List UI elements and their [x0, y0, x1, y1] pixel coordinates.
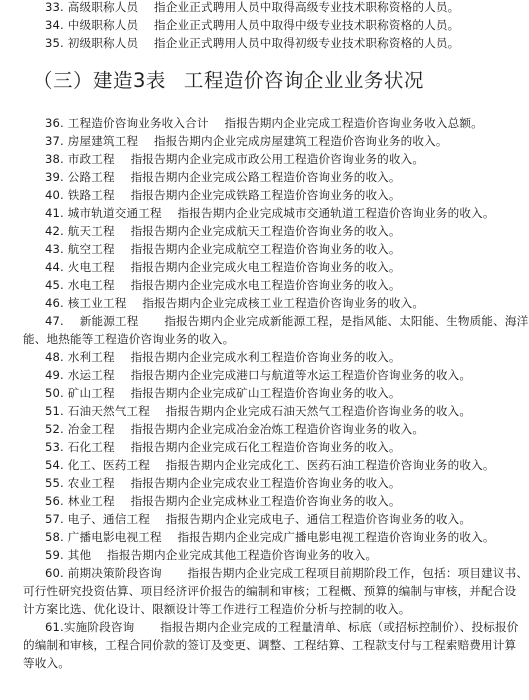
definition-item: 57. 电子、通信工程 指报告期内企业完成电子、通信工程造价咨询业务的收入。 — [45, 511, 471, 527]
item-continuation: 可行性研究投资估算、项目经济评价报告的编制和审核；工程概、预算的编制与审核，并配… — [23, 583, 516, 599]
item-description: 指报告期内企业完成林业工程造价咨询业务的收入。 — [131, 494, 401, 508]
item-term: 高级职称人员 — [68, 0, 138, 14]
item-description: 指报告期内企业完成铁路工程造价咨询业务的收入。 — [131, 188, 401, 202]
item-number: 33. — [45, 0, 64, 14]
item-number: 43. — [45, 242, 64, 256]
definition-item: 48. 水利工程 指报告期内企业完成水利工程造价咨询业务的收入。 — [45, 349, 401, 365]
item-description: 指报告期内企业完成港口与航道等水运工程造价咨询业务的收入。 — [131, 368, 472, 382]
item-number: 36. — [45, 116, 64, 130]
definition-item: 41. 城市轨道交通工程 指报告期内企业完成城市交通轨道工程造价咨询业务的收入。 — [45, 205, 495, 221]
item-term: 火电工程 — [68, 260, 115, 274]
definition-item: 39. 公路工程 指报告期内企业完成公路工程造价咨询业务的收入。 — [45, 169, 401, 185]
item-number: 39. — [45, 170, 64, 184]
item-description: 指报告期内企业完成水利工程造价咨询业务的收入。 — [131, 350, 401, 364]
item-description: 指报告期内企业完成核工业工程造价咨询业务的收入。 — [142, 296, 424, 310]
item-term: 化工、医药工程 — [68, 458, 150, 472]
item-term: 初级职称人员 — [68, 36, 138, 50]
item-number: 51. — [45, 404, 64, 418]
item-number: 45. — [45, 278, 64, 292]
item-description: 指报告期内企业完成公路工程造价咨询业务的收入。 — [131, 170, 401, 184]
item-number: 49. — [45, 368, 64, 382]
item-description: 指报告期内企业完成的工程量清单、标底（或招标控制价）、投标报价 — [160, 620, 518, 634]
item-term: 工程造价咨询业务收入合计 — [68, 116, 209, 130]
definition-item: 59. 其他 指报告期内企业完成其他工程造价咨询业务的收入。 — [45, 547, 377, 563]
definition-item: 37. 房屋建筑工程 指报告期内企业完成房屋建筑工程造价咨询业务的收入。 — [45, 133, 448, 149]
item-number: 52. — [45, 422, 64, 436]
item-description: 指报告期内企业完成广播电影电视工程造价咨询业务的收入。 — [178, 530, 495, 544]
item-description: 指报告期内企业完成化工、医药石油工程造价咨询业务的收入。 — [166, 458, 495, 472]
item-term: 航空工程 — [68, 242, 115, 256]
item-term: 航天工程 — [68, 224, 115, 238]
definition-item: 34. 中级职称人员 指企业正式聘用人员中取得中级专业技术职称资格的人员。 — [45, 17, 459, 33]
item-description: 指报告期内企业完成火电工程造价咨询业务的收入。 — [131, 260, 401, 274]
definition-item: 36. 工程造价咨询业务收入合计 指报告期内企业完成工程造价咨询业务收入总额。 — [45, 115, 483, 131]
item-number: 57. — [45, 512, 64, 526]
item-term: 公路工程 — [68, 170, 115, 184]
item-number: 58. — [45, 530, 64, 544]
item-number: 61. — [45, 620, 64, 634]
item-term: 石油天然气工程 — [68, 404, 150, 418]
item-term: 石化工程 — [68, 440, 115, 454]
item-number: 40. — [45, 188, 64, 202]
item-number: 55. — [45, 476, 64, 490]
definition-item: 55. 农业工程 指报告期内企业完成农业工程造价咨询业务的收入。 — [45, 475, 401, 491]
item-term: 实施阶段咨询 — [64, 620, 134, 634]
section-heading: （三）建造3表工程造价咨询企业业务状况 — [33, 68, 424, 94]
item-description: 指企业正式聘用人员中取得初级专业技术职称资格的人员。 — [154, 36, 459, 50]
item-number: 60. — [45, 566, 64, 580]
item-description: 指报告期内企业完成石化工程造价咨询业务的收入。 — [131, 440, 401, 454]
item-term: 水电工程 — [68, 278, 115, 292]
item-number: 42. — [45, 224, 64, 238]
definition-item: 52. 冶金工程 指报告期内企业完成冶金冶炼工程造价咨询业务的收入。 — [45, 421, 424, 437]
definition-item: 53. 石化工程 指报告期内企业完成石化工程造价咨询业务的收入。 — [45, 439, 401, 455]
item-number: 37. — [45, 134, 64, 148]
item-description: 指报告期内企业完成矿山工程造价咨询业务的收入。 — [131, 386, 401, 400]
definition-item: 43. 航空工程 指报告期内企业完成航空工程造价咨询业务的收入。 — [45, 241, 401, 257]
item-description: 指报告期内企业完成新能源工程，是指风能、太阳能、生物质能、海洋 — [164, 314, 528, 328]
item-number: 41. — [45, 206, 64, 220]
definition-item: 40. 铁路工程 指报告期内企业完成铁路工程造价咨询业务的收入。 — [45, 187, 401, 203]
item-description: 指报告期内企业完成其他工程造价咨询业务的收入。 — [107, 548, 377, 562]
item-description: 指报告期内企业完成工程项目前期阶段工作，包括：项目建议书、 — [188, 566, 529, 580]
item-term: 新能源工程 — [80, 314, 139, 328]
definition-item: 33. 高级职称人员 指企业正式聘用人员中取得高级专业技术职称资格的人员。 — [45, 0, 459, 15]
definition-item: 50. 矿山工程 指报告期内企业完成矿山工程造价咨询业务的收入。 — [45, 385, 401, 401]
item-term: 城市轨道交通工程 — [68, 206, 162, 220]
item-description: 指报告期内企业完成城市交通轨道工程造价咨询业务的收入。 — [178, 206, 495, 220]
definition-item: 54. 化工、医药工程 指报告期内企业完成化工、医药石油工程造价咨询业务的收入。 — [45, 457, 495, 473]
definition-item: 44. 火电工程 指报告期内企业完成火电工程造价咨询业务的收入。 — [45, 259, 401, 275]
item-term: 房屋建筑工程 — [68, 134, 138, 148]
definition-item: 45. 水电工程 指报告期内企业完成水电工程造价咨询业务的收入。 — [45, 277, 401, 293]
item-number: 35. — [45, 36, 64, 50]
item-description: 指报告期内企业完成石油天然气工程造价咨询业务的收入。 — [166, 404, 471, 418]
item-term: 其他 — [68, 548, 92, 562]
item-term: 水利工程 — [68, 350, 115, 364]
definition-item: 38. 市政工程 指报告期内企业完成市政公用工程造价咨询业务的收入。 — [45, 151, 424, 167]
document-page: 33. 高级职称人员 指企业正式聘用人员中取得高级专业技术职称资格的人员。 34… — [0, 0, 529, 700]
definition-item: 47. 新能源工程 指报告期内企业完成新能源工程，是指风能、太阳能、生物质能、海… — [45, 313, 528, 329]
item-number: 53. — [45, 440, 64, 454]
item-number: 38. — [45, 152, 64, 166]
item-description: 指报告期内企业完成航天工程造价咨询业务的收入。 — [131, 224, 401, 238]
item-term: 市政工程 — [68, 152, 115, 166]
item-description: 指报告期内企业完成水电工程造价咨询业务的收入。 — [131, 278, 401, 292]
item-number: 47. — [45, 314, 64, 328]
item-description: 指企业正式聘用人员中取得中级专业技术职称资格的人员。 — [154, 18, 459, 32]
item-number: 54. — [45, 458, 64, 472]
definition-item: 58. 广播电影电视工程 指报告期内企业完成广播电影电视工程造价咨询业务的收入。 — [45, 529, 495, 545]
definition-item: 51. 石油天然气工程 指报告期内企业完成石油天然气工程造价咨询业务的收入。 — [45, 403, 471, 419]
item-term: 中级职称人员 — [68, 18, 138, 32]
definition-item: 56. 林业工程 指报告期内企业完成林业工程造价咨询业务的收入。 — [45, 493, 401, 509]
item-description: 指报告期内企业完成工程造价咨询业务收入总额。 — [225, 116, 483, 130]
item-term: 林业工程 — [68, 494, 115, 508]
item-number: 44. — [45, 260, 64, 274]
item-term: 铁路工程 — [68, 188, 115, 202]
item-description: 指报告期内企业完成农业工程造价咨询业务的收入。 — [131, 476, 401, 490]
section-prefix: （三）建造3表 — [33, 69, 166, 92]
item-term: 电子、通信工程 — [68, 512, 150, 526]
item-number: 48. — [45, 350, 64, 364]
item-number: 34. — [45, 18, 64, 32]
item-term: 冶金工程 — [68, 422, 115, 436]
item-description: 指报告期内企业完成电子、通信工程造价咨询业务的收入。 — [166, 512, 471, 526]
item-description: 指报告期内企业完成航空工程造价咨询业务的收入。 — [131, 242, 401, 256]
item-continuation: 能、地热能等工程造价咨询业务的收入。 — [23, 331, 234, 347]
definition-item: 42. 航天工程 指报告期内企业完成航天工程造价咨询业务的收入。 — [45, 223, 401, 239]
item-term: 水运工程 — [68, 368, 115, 382]
item-term: 前期决策阶段咨询 — [68, 566, 162, 580]
definition-item: 61.实施阶段咨询 指报告期内企业完成的工程量清单、标底（或招标控制价）、投标报… — [45, 619, 518, 635]
item-term: 核工业工程 — [68, 296, 127, 310]
item-term: 矿山工程 — [68, 386, 115, 400]
item-term: 农业工程 — [68, 476, 115, 490]
item-number: 59. — [45, 548, 64, 562]
item-number: 46. — [45, 296, 64, 310]
item-description: 指报告期内企业完成冶金冶炼工程造价咨询业务的收入。 — [131, 422, 425, 436]
definition-item: 46. 核工业工程 指报告期内企业完成核工业工程造价咨询业务的收入。 — [45, 295, 424, 311]
item-description: 指报告期内企业完成市政公用工程造价咨询业务的收入。 — [131, 152, 425, 166]
item-continuation: 计方案比选、优化设计、限额设计等工作进行工程造价分析与控制的收入。 — [23, 601, 411, 617]
definition-item: 35. 初级职称人员 指企业正式聘用人员中取得初级专业技术职称资格的人员。 — [45, 35, 459, 51]
item-continuation: 的编制和审核，工程合同价款的签订及变更、调整、工程结算、工程款支付与工程索赔费用… — [23, 637, 516, 653]
item-description: 指企业正式聘用人员中取得高级专业技术职称资格的人员。 — [154, 0, 459, 14]
item-description: 指报告期内企业完成房屋建筑工程造价咨询业务的收入。 — [154, 134, 448, 148]
item-term: 广播电影电视工程 — [68, 530, 162, 544]
item-number: 56. — [45, 494, 64, 508]
definition-item: 60. 前期决策阶段咨询 指报告期内企业完成工程项目前期阶段工作，包括：项目建议… — [45, 565, 528, 581]
definition-item: 49. 水运工程 指报告期内企业完成港口与航道等水运工程造价咨询业务的收入。 — [45, 367, 471, 383]
section-title: 工程造价咨询企业业务状况 — [184, 69, 424, 92]
item-number: 50. — [45, 386, 64, 400]
item-continuation: 等收入。 — [23, 655, 70, 671]
